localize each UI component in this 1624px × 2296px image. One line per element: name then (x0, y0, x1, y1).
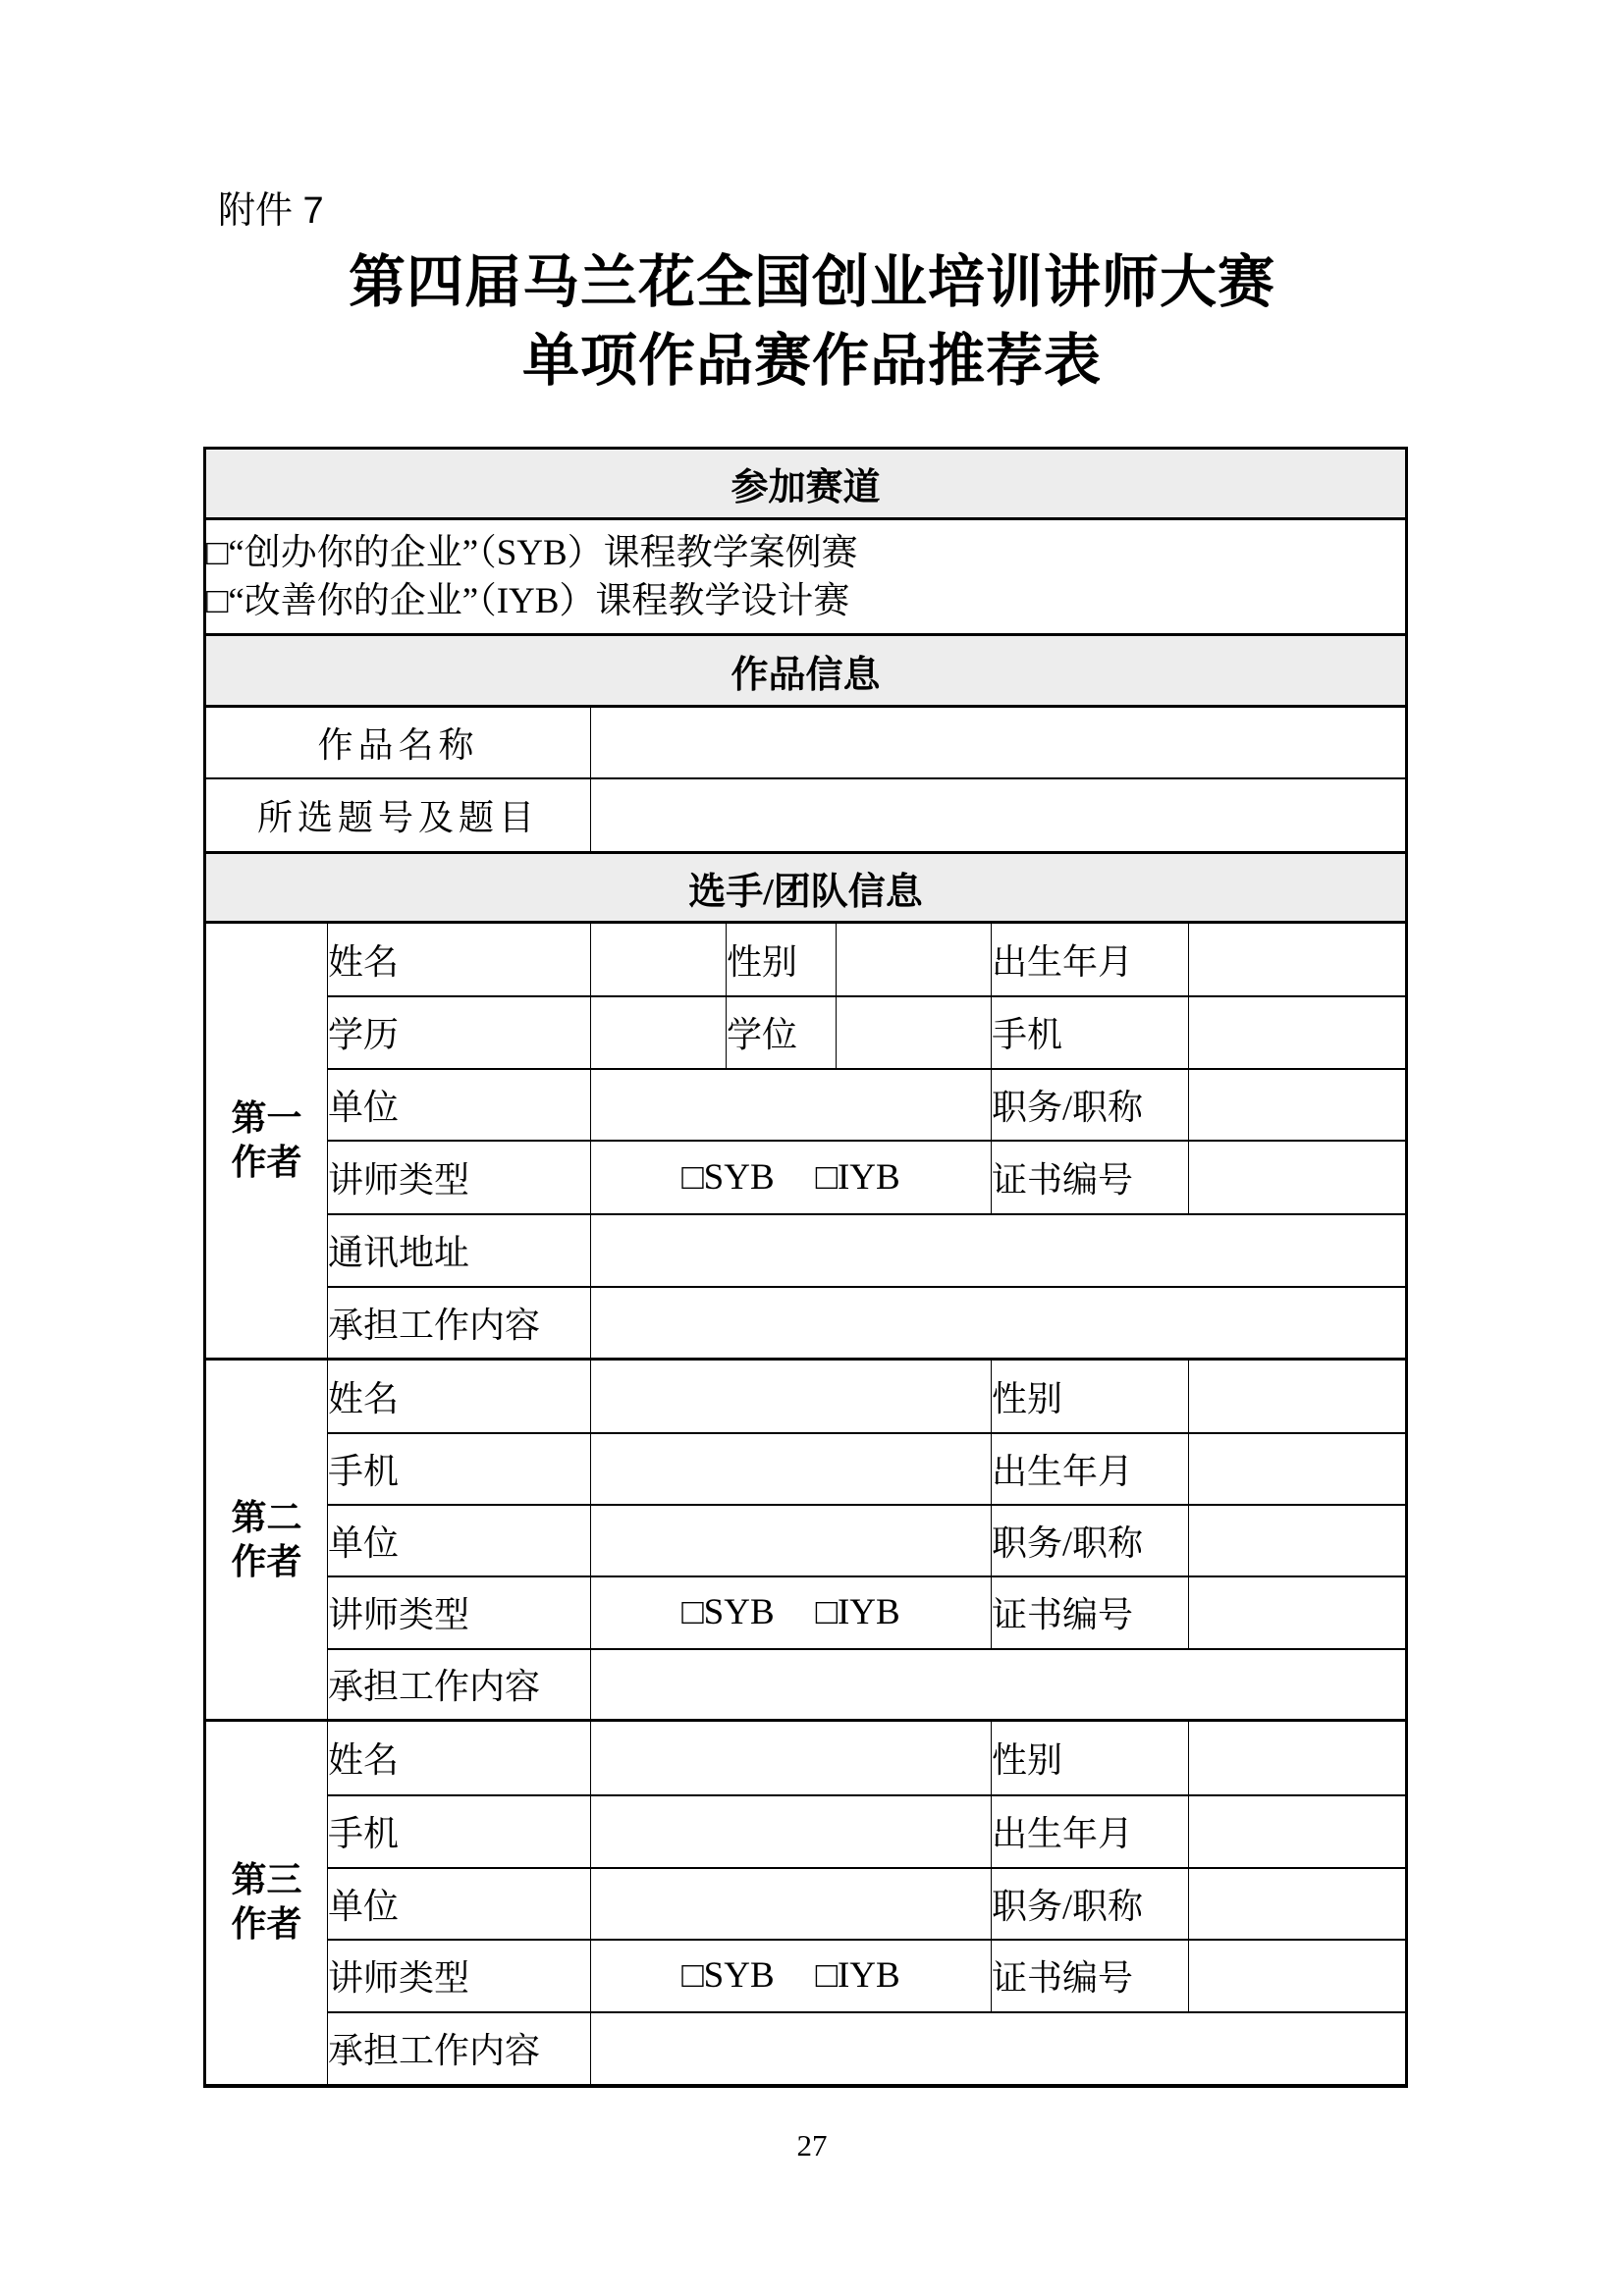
attachment-label: 附件 7 (218, 189, 324, 233)
author1-label-line1: 第一 (206, 1096, 327, 1141)
author1-label-cell: 第一 作者 (205, 923, 328, 1360)
table-row: 作品名称 (205, 707, 1407, 778)
a1-address-input-cell[interactable] (591, 1214, 1407, 1287)
a2-lecturer-type-checkbox-cell: □SYB□IYB (591, 1576, 992, 1649)
a2-work-content-input-cell[interactable] (591, 1649, 1407, 1721)
a2-gender-label-cell: 性别 (992, 1360, 1189, 1433)
page-number: 27 (0, 2128, 1624, 2163)
table-row: 承担工作内容 (205, 1649, 1407, 1721)
a3-certificate-label-cell: 证书编号 (992, 1940, 1189, 2012)
table-row: 单位 职务/职称 (205, 1505, 1407, 1576)
a2-birth-label-cell: 出生年月 (992, 1433, 1189, 1505)
a1-organization-label-cell: 单位 (328, 1069, 591, 1141)
a1-mobile-label-cell: 手机 (992, 996, 1189, 1069)
a1-name-input-cell[interactable] (591, 923, 727, 996)
a3-gender-label-cell: 性别 (992, 1721, 1189, 1795)
table-row: 第三 作者 姓名 性别 (205, 1721, 1407, 1795)
table-row: 所选题号及题目 (205, 778, 1407, 853)
a1-gender-label-cell: 性别 (727, 923, 837, 996)
a3-work-content-label-cell: 承担工作内容 (328, 2012, 591, 2086)
a2-lecturer-type-label-cell: 讲师类型 (328, 1576, 591, 1649)
a3-organization-input-cell[interactable] (591, 1868, 992, 1940)
a3-lecturer-type-checkbox-cell: □SYB□IYB (591, 1940, 992, 2012)
a1-name-label-cell: 姓名 (328, 923, 591, 996)
a1-lecturer-type-checkbox-cell: □SYB□IYB (591, 1141, 992, 1214)
a3-lecturer-type-label-cell: 讲师类型 (328, 1940, 591, 2012)
a1-address-label-cell: 通讯地址 (328, 1214, 591, 1287)
table-row: 第二 作者 姓名 性别 (205, 1360, 1407, 1433)
a3-iyb-checkbox[interactable]: □IYB (816, 1954, 900, 1997)
a3-name-input-cell[interactable] (591, 1721, 992, 1795)
team-section-header: 选手/团队信息 (205, 853, 1407, 923)
document-title: 第四届马兰花全国创业培训讲师大赛 单项作品赛作品推荐表 (0, 243, 1624, 400)
a3-gender-input-cell[interactable] (1189, 1721, 1407, 1795)
a1-iyb-checkbox[interactable]: □IYB (816, 1156, 900, 1199)
author3-label-line1: 第三 (206, 1858, 327, 1902)
track-option-iyb[interactable]: □“改善你的企业”（IYB）课程教学设计赛 (206, 577, 1405, 625)
table-row: 手机 出生年月 (205, 1795, 1407, 1868)
table-row: □“创办你的企业”（SYB）课程教学案例赛 □“改善你的企业”（IYB）课程教学… (205, 519, 1407, 635)
title-line-2: 单项作品赛作品推荐表 (0, 322, 1624, 400)
a3-certificate-input-cell[interactable] (1189, 1940, 1407, 2012)
a1-certificate-label-cell: 证书编号 (992, 1141, 1189, 1214)
topic-input-cell[interactable] (591, 778, 1407, 853)
a2-certificate-label-cell: 证书编号 (992, 1576, 1189, 1649)
table-row: 单位 职务/职称 (205, 1868, 1407, 1940)
a2-name-input-cell[interactable] (591, 1360, 992, 1433)
table-row: 讲师类型 □SYB□IYB 证书编号 (205, 1576, 1407, 1649)
a1-organization-input-cell[interactable] (591, 1069, 992, 1141)
table-row: 作品信息 (205, 635, 1407, 707)
author2-label-line2: 作者 (206, 1540, 327, 1584)
author3-label-line2: 作者 (206, 1902, 327, 1947)
recommendation-form-table: 参加赛道 □“创办你的企业”（SYB）课程教学案例赛 □“改善你的企业”（IYB… (203, 447, 1408, 2088)
a3-mobile-input-cell[interactable] (591, 1795, 992, 1868)
a1-education-input-cell[interactable] (591, 996, 727, 1069)
a1-position-label-cell: 职务/职称 (992, 1069, 1189, 1141)
a1-education-label-cell: 学历 (328, 996, 591, 1069)
a2-organization-label-cell: 单位 (328, 1505, 591, 1576)
a2-name-label-cell: 姓名 (328, 1360, 591, 1433)
a2-syb-checkbox[interactable]: □SYB (681, 1591, 774, 1633)
author3-label-cell: 第三 作者 (205, 1721, 328, 2086)
a2-certificate-input-cell[interactable] (1189, 1576, 1407, 1649)
author2-label-cell: 第二 作者 (205, 1360, 328, 1721)
track-options-cell: □“创办你的企业”（SYB）课程教学案例赛 □“改善你的企业”（IYB）课程教学… (205, 519, 1407, 635)
a1-birth-label-cell: 出生年月 (992, 923, 1189, 996)
a2-position-label-cell: 职务/职称 (992, 1505, 1189, 1576)
a3-name-label-cell: 姓名 (328, 1721, 591, 1795)
table-row: 讲师类型 □SYB□IYB 证书编号 (205, 1940, 1407, 2012)
a2-iyb-checkbox[interactable]: □IYB (816, 1591, 900, 1633)
work-name-label-cell: 作品名称 (205, 707, 591, 778)
a2-mobile-input-cell[interactable] (591, 1433, 992, 1505)
table-row: 选手/团队信息 (205, 853, 1407, 923)
document-page: 附件 7 第四届马兰花全国创业培训讲师大赛 单项作品赛作品推荐表 参加赛道 □“… (0, 0, 1624, 2296)
topic-label-cell: 所选题号及题目 (205, 778, 591, 853)
title-line-1: 第四届马兰花全国创业培训讲师大赛 (0, 243, 1624, 322)
a3-organization-label-cell: 单位 (328, 1868, 591, 1940)
table-row: 承担工作内容 (205, 1287, 1407, 1360)
a3-birth-label-cell: 出生年月 (992, 1795, 1189, 1868)
a3-work-content-input-cell[interactable] (591, 2012, 1407, 2086)
a2-gender-input-cell[interactable] (1189, 1360, 1407, 1433)
a1-lecturer-type-label-cell: 讲师类型 (328, 1141, 591, 1214)
a3-position-input-cell[interactable] (1189, 1868, 1407, 1940)
a1-gender-input-cell[interactable] (837, 923, 992, 996)
a1-certificate-input-cell[interactable] (1189, 1141, 1407, 1214)
table-row: 参加赛道 (205, 449, 1407, 519)
a2-birth-input-cell[interactable] (1189, 1433, 1407, 1505)
a1-syb-checkbox[interactable]: □SYB (681, 1156, 774, 1199)
track-option-syb[interactable]: □“创办你的企业”（SYB）课程教学案例赛 (206, 529, 1405, 577)
table-row: 讲师类型 □SYB□IYB 证书编号 (205, 1141, 1407, 1214)
table-row: 单位 职务/职称 (205, 1069, 1407, 1141)
a1-mobile-input-cell[interactable] (1189, 996, 1407, 1069)
a3-position-label-cell: 职务/职称 (992, 1868, 1189, 1940)
a2-position-input-cell[interactable] (1189, 1505, 1407, 1576)
table-row: 承担工作内容 (205, 2012, 1407, 2086)
a3-birth-input-cell[interactable] (1189, 1795, 1407, 1868)
table-row: 第一 作者 姓名 性别 出生年月 (205, 923, 1407, 996)
a2-work-content-label-cell: 承担工作内容 (328, 1649, 591, 1721)
table-row: 通讯地址 (205, 1214, 1407, 1287)
a1-work-content-input-cell[interactable] (591, 1287, 1407, 1360)
work-section-header: 作品信息 (205, 635, 1407, 707)
a3-syb-checkbox[interactable]: □SYB (681, 1954, 774, 1997)
a1-birth-input-cell[interactable] (1189, 923, 1407, 996)
author1-label-line2: 作者 (206, 1141, 327, 1185)
author2-label-line1: 第二 (206, 1496, 327, 1540)
track-section-header: 参加赛道 (205, 449, 1407, 519)
table-row: 学历 学位 手机 (205, 996, 1407, 1069)
a2-organization-input-cell[interactable] (591, 1505, 992, 1576)
a3-mobile-label-cell: 手机 (328, 1795, 591, 1868)
a1-work-content-label-cell: 承担工作内容 (328, 1287, 591, 1360)
a1-degree-input-cell[interactable] (837, 996, 992, 1069)
table-row: 手机 出生年月 (205, 1433, 1407, 1505)
work-name-input-cell[interactable] (591, 707, 1407, 778)
a2-mobile-label-cell: 手机 (328, 1433, 591, 1505)
a1-position-input-cell[interactable] (1189, 1069, 1407, 1141)
a1-degree-label-cell: 学位 (727, 996, 837, 1069)
